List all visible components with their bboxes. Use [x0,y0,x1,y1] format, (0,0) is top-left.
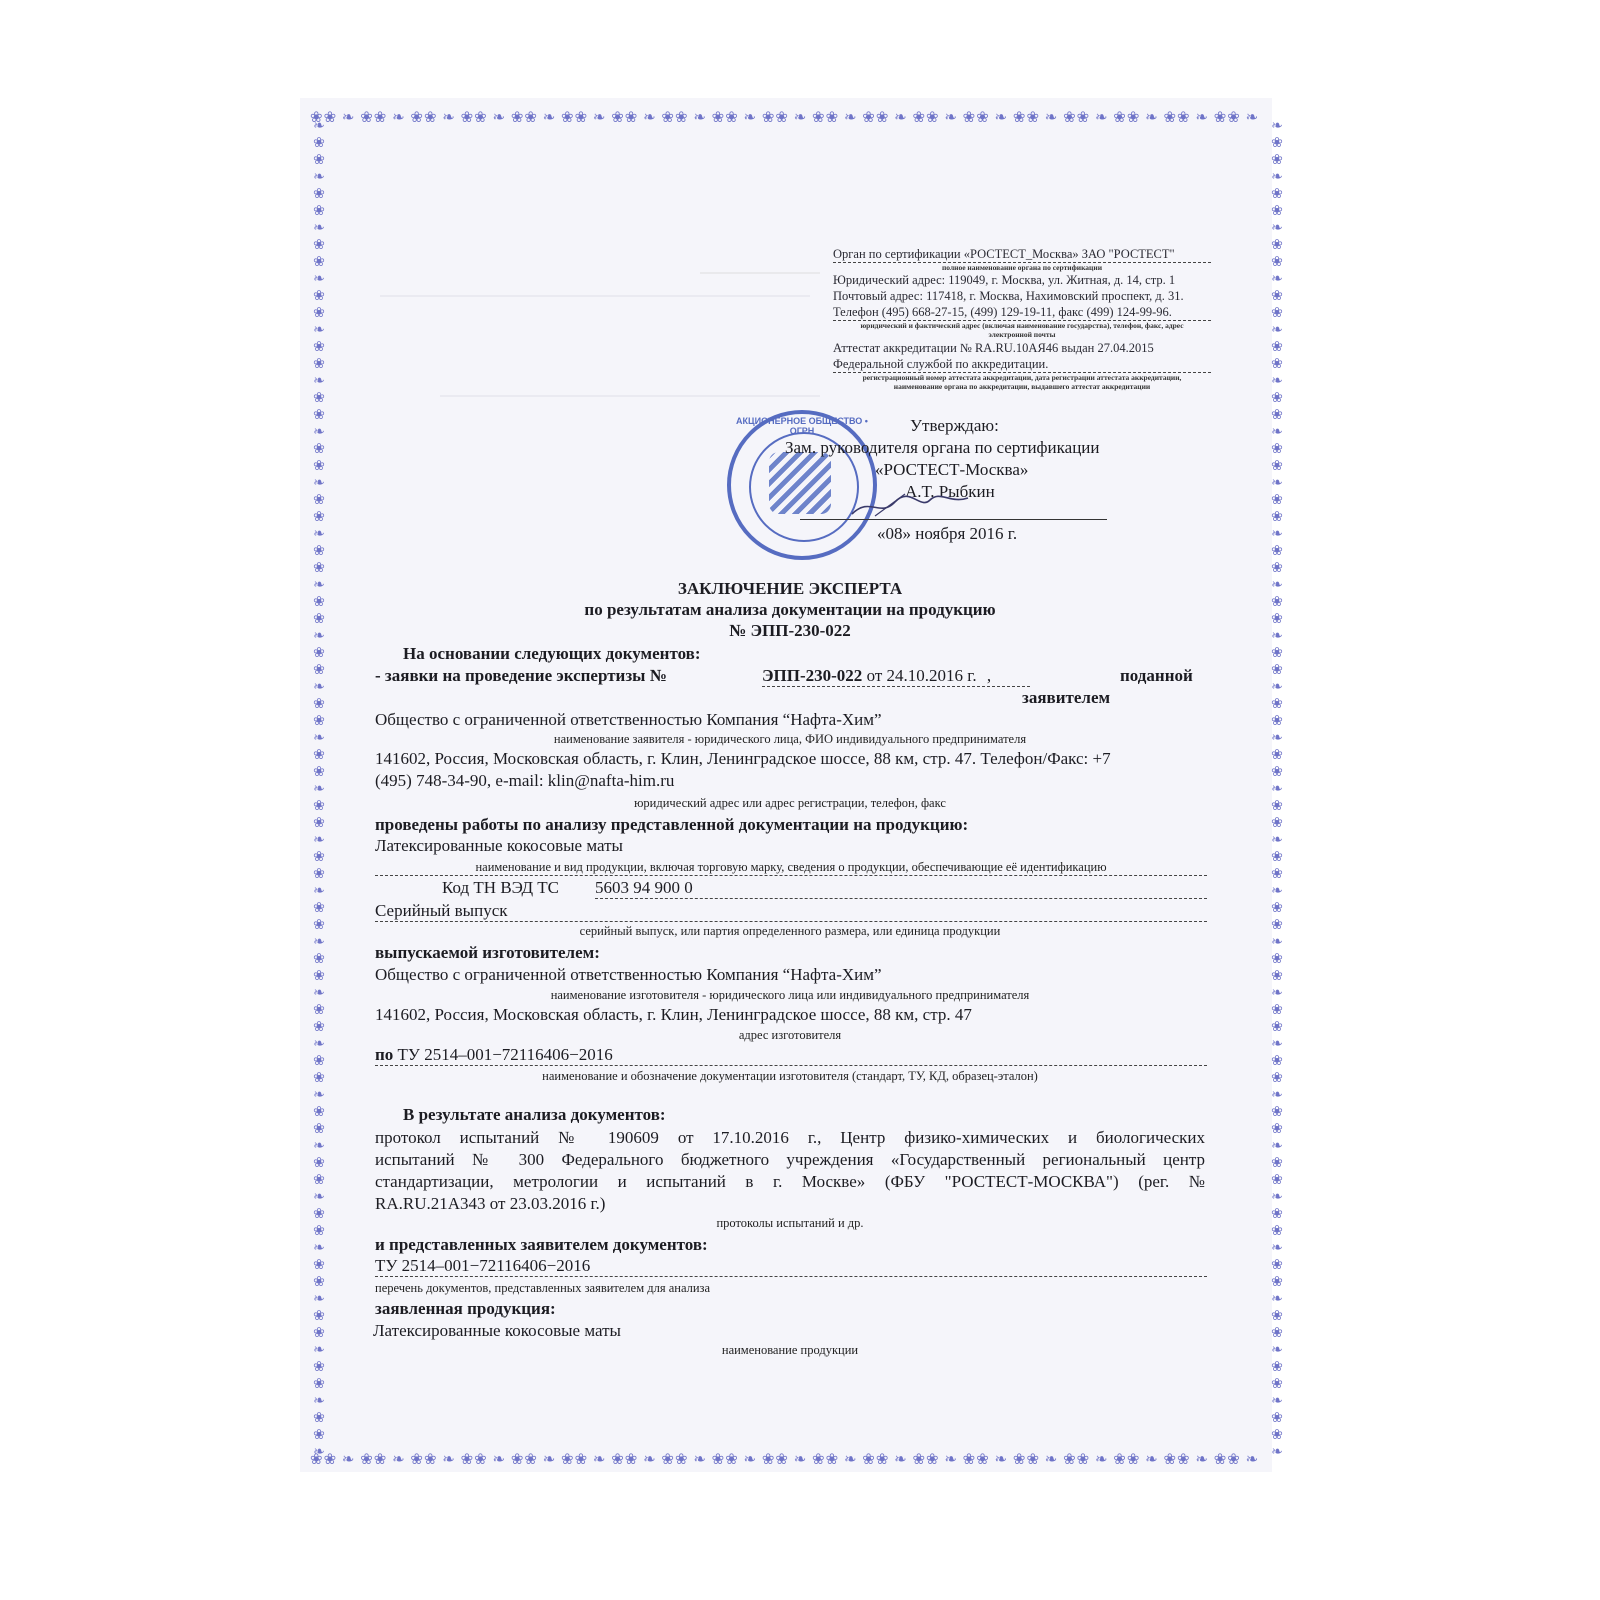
application-label: - заявки на проведение экспертизы № [375,666,667,686]
signature-line [800,519,1107,520]
accreditation-caption-line-1: регистрационный номер аттестата аккредит… [833,373,1211,382]
applicant-address-caption: юридический адрес или адрес регистрации,… [370,796,1210,811]
analysis-heading: В результате анализа документов: [403,1105,666,1125]
decorative-border-top: ❀❀ ❧ ❀❀ ❧ ❀❀ ❧ ❀❀ ❧ ❀❀ ❧ ❀❀ ❧ ❀❀ ❧ ❀❀ ❧ … [310,108,1262,128]
application-date-prefix: от [867,666,883,685]
by-applicant-label: заявителем [1022,688,1110,708]
applicant-name: Общество с ограниченной ответственностью… [375,710,882,730]
approval-organization: «РОСТЕСТ-Москва» [875,460,1028,480]
certification-body-postal-address: Почтовый адрес: 117418, г. Москва, Нахим… [833,288,1211,304]
applicant-documents-caption: перечень документов, представленных заяв… [375,1281,710,1296]
declared-product-heading: заявленная продукция: [375,1299,556,1319]
certification-body-name-caption: полное наименование органа по сертификац… [833,263,1211,272]
address-caption-line-1: юридический и фактический адрес (включая… [833,321,1211,330]
document-number: № ЭПП-230-022 [370,620,1210,641]
manufacturer-document-prefix: по [375,1045,393,1064]
analysis-line-1: протокол испытаний № 190609 от 17.10.201… [375,1128,1205,1148]
product-name-caption: наименование и вид продукции, включая то… [375,860,1207,876]
approval-position: Зам. руководителя органа по сертификации [785,438,1100,458]
certification-body-phones: Телефон (495) 668-27-15, (499) 129-19-11… [833,304,1211,321]
manufacturer-document-value: ТУ 2514–001−72116406−2016 [398,1045,613,1064]
product-release-type: Серийный выпуск [375,901,1207,922]
accreditation-line-1: Аттестат аккредитации № RA.RU.10АЯ46 выд… [833,340,1211,356]
signature-icon [850,490,970,520]
document-subtitle: по результатам анализа документации на п… [370,599,1210,620]
document-title: ЗАКЛЮЧЕНИЕ ЭКСПЕРТА [370,578,1210,599]
application-reference: ЭПП-230-022 от 24.10.2016 г. , [762,666,1030,687]
declared-product-value: Латексированные кокосовые маты [373,1321,621,1341]
basis-heading: На основании следующих документов: [403,644,701,664]
application-comma: , [987,666,991,685]
decorative-border-bottom: ❀❀ ❧ ❀❀ ❧ ❀❀ ❧ ❀❀ ❧ ❀❀ ❧ ❀❀ ❧ ❀❀ ❧ ❀❀ ❧ … [310,1450,1262,1470]
decorative-border-left: ❧❀❀❧❀❀❧❀❀❧❀❀❧❀❀❧❀❀❧❀❀❧❀❀❧❀❀❧❀❀❧❀❀❧❀❀❧❀❀❧… [309,118,329,1463]
applicant-address-line-1: 141602, Россия, Московская область, г. К… [375,749,1111,769]
submitted-label: поданной [1120,666,1193,686]
applicant-documents-heading: и представленных заявителем документов: [375,1235,708,1255]
applicant-name-caption: наименование заявителя - юридического ли… [370,732,1210,747]
approval-label: Утверждаю: [910,416,999,436]
manufacturer-heading: выпускаемой изготовителем: [375,943,600,963]
manufacturer-document-caption: наименование и обозначение документации … [370,1069,1210,1084]
declared-product-caption: наименование продукции [370,1343,1210,1358]
product-name: Латексированные кокосовые маты [375,836,623,856]
bleed-through-mark [380,285,810,297]
applicant-address-line-2: (495) 748-34-90, e-mail: klin@nafta-him.… [375,771,674,791]
accreditation-caption-line-2: наименование органа по аккредитации, выд… [833,382,1211,391]
address-caption-line-2: электронной почты [833,330,1211,339]
certification-body-legal-address: Юридический адрес: 119049, г. Москва, ул… [833,272,1211,288]
manufacturer-name: Общество с ограниченной ответственностью… [375,965,882,985]
analysis-line-3: стандартизации, метрологии и испытаний в… [375,1172,1205,1192]
analysis-line-4: RA.RU.21А343 от 23.03.2016 г.) [375,1194,605,1214]
manufacturer-name-caption: наименование изготовителя - юридического… [370,988,1210,1003]
official-seal-stamp: АКЦИОНЕРНОЕ ОБЩЕСТВО • ОГРН [727,410,877,560]
applicant-documents-value: ТУ 2514–001−72116406−2016 [375,1256,1207,1277]
application-date: 24.10.2016 г. [887,666,977,685]
manufacturer-address-caption: адрес изготовителя [370,1028,1210,1043]
application-number: ЭПП-230-022 [762,666,862,685]
certification-body-block: Орган по сертификации «РОСТЕСТ_Москва» З… [833,246,1211,391]
bleed-through-mark [440,385,820,397]
product-heading: проведены работы по анализу представленн… [375,815,968,835]
product-release-caption: серийный выпуск, или партия определенног… [370,924,1210,939]
accreditation-line-2: Федеральной службой по аккредитации. [833,356,1211,373]
product-code-label: Код ТН ВЭД ТС [442,878,559,898]
analysis-caption: протоколы испытаний и др. [370,1216,1210,1231]
manufacturer-address: 141602, Россия, Московская область, г. К… [375,1005,972,1025]
product-code-value: 5603 94 900 0 [595,878,1207,899]
decorative-border-right: ❧❀❀❧❀❀❧❀❀❧❀❀❧❀❀❧❀❀❧❀❀❧❀❀❧❀❀❧❀❀❧❀❀❧❀❀❧❀❀❧… [1267,118,1287,1463]
approval-date: «08» ноября 2016 г. [877,524,1017,544]
certification-body-name: Орган по сертификации «РОСТЕСТ_Москва» З… [833,246,1211,263]
bleed-through-mark [700,262,820,274]
manufacturer-document: по ТУ 2514–001−72116406−2016 [375,1045,1207,1066]
analysis-line-2: испытаний № 300 Федерального бюджетного … [375,1150,1205,1170]
stamp-logo-icon [769,452,831,514]
